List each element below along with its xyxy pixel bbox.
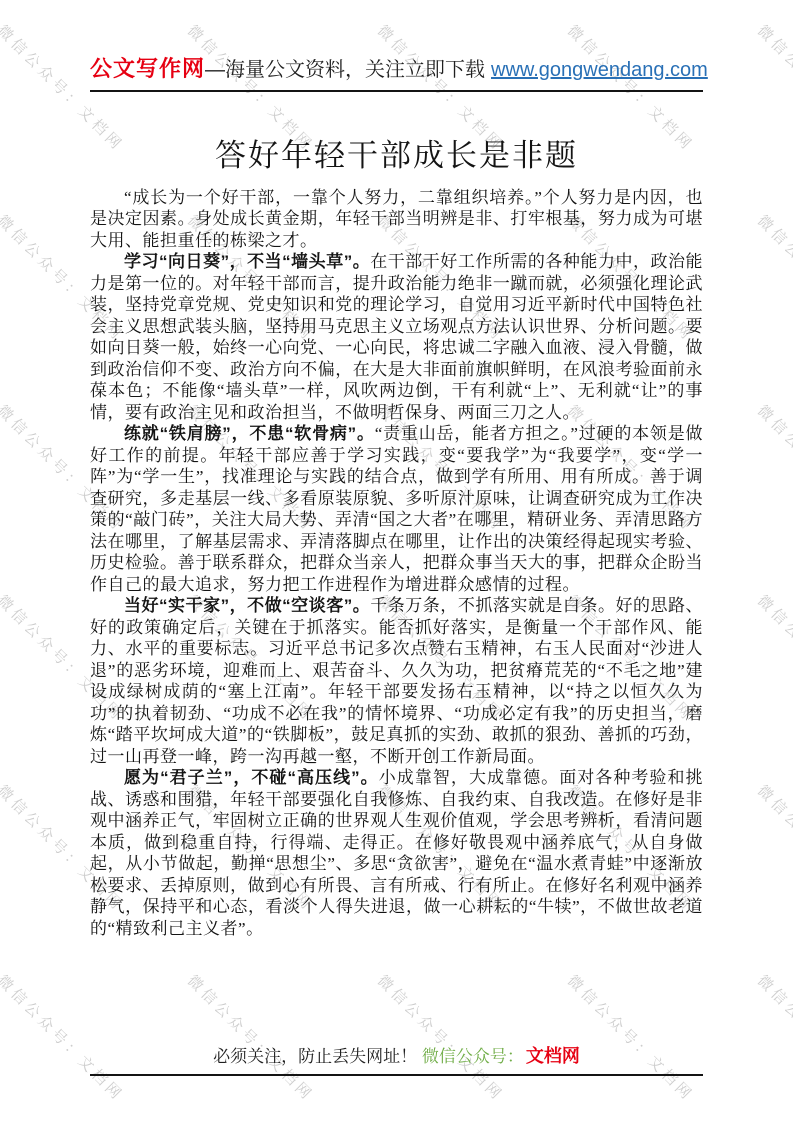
header-link[interactable]: www.gongwendang.com (491, 59, 708, 81)
paragraph: 当好“实干家”，不做“空谈客”。千条万条，不抓落实就是白条。好的思路、好的政策确… (90, 595, 703, 767)
paragraph: 愿为“君子兰”，不碰“高压线”。小成靠智，大成靠德。面对各种考验和挑战、诱惑和围… (90, 767, 703, 939)
page: 微信公众号：文档网微信公众号：文档网微信公众号：文档网微信公众号：文档网微信公众… (0, 0, 793, 1122)
paragraph: 学习“向日葵”，不当“墙头草”。在干部干好工作所需的各种能力中，政治能力是第一位… (90, 251, 703, 423)
paragraph-text: “成长为一个好干部，一靠个人努力，二靠组织培养。”个人努力是内因，也是决定因素。… (90, 188, 703, 250)
document-body: “成长为一个好干部，一靠个人努力，二靠组织培养。”个人努力是内因，也是决定因素。… (90, 187, 703, 940)
footer-wechat-label: 微信公众号： (422, 1047, 524, 1066)
paragraph-text: “责重山岳，能者方担之。”过硬的本领是做好工作的前提。年轻干部应善于学习实践，变… (90, 424, 703, 594)
page-footer: 必须关注，防止丢失网址！ 微信公众号：文档网 (90, 1042, 703, 1076)
watermark-text: 微信公众号：文档网 (563, 970, 699, 1106)
footer-warning: 必须关注，防止丢失网址！ (213, 1047, 417, 1066)
paragraph-lead: 愿为“君子兰”，不碰“高压线”。 (124, 768, 379, 787)
paragraph-text: 千条万条，不抓落实就是白条。好的思路、好的政策确定后，关键在于抓落实。能否抓好落… (90, 596, 703, 766)
paragraph-lead: 练就“铁肩膀”，不患“软骨病”。 (124, 424, 375, 443)
watermark-text: 微信公众号：文档网 (373, 970, 509, 1106)
paragraph-lead: 当好“实干家”，不做“空谈客”。 (124, 596, 370, 615)
paragraph-text: 在干部干好工作所需的各种能力中，政治能力是第一位的。对年轻干部而言，提升政治能力… (90, 252, 703, 422)
watermark-text: 微信公众号：文档网 (183, 970, 319, 1106)
header-divider (90, 90, 703, 92)
paragraph-lead: 学习“向日葵”，不当“墙头草”。 (124, 252, 370, 271)
header-tagline: —海量公文资料，关注立即下载 (205, 59, 485, 81)
document-content: 公文写作网—海量公文资料，关注立即下载www.gongwendang.com 答… (0, 0, 793, 939)
brand-logo: 公文写作网 (90, 56, 205, 81)
paragraph: 练就“铁肩膀”，不患“软骨病”。“责重山岳，能者方担之。”过硬的本领是做好工作的… (90, 423, 703, 595)
page-title: 答好年轻干部成长是非题 (90, 138, 703, 174)
footer-divider (90, 1074, 703, 1076)
footer-brand: 文档网 (526, 1046, 580, 1066)
watermark-text: 微信公众号：文档网 (753, 970, 793, 1106)
paragraph-text: 小成靠智，大成靠德。面对各种考验和挑战、诱惑和围猎，年轻干部要强化自我修炼、自我… (90, 768, 703, 938)
watermark-text: 微信公众号：文档网 (0, 970, 129, 1106)
paragraph: “成长为一个好干部，一靠个人努力，二靠组织培养。”个人努力是内因，也是决定因素。… (90, 187, 703, 252)
site-header: 公文写作网—海量公文资料，关注立即下载www.gongwendang.com (90, 0, 703, 92)
